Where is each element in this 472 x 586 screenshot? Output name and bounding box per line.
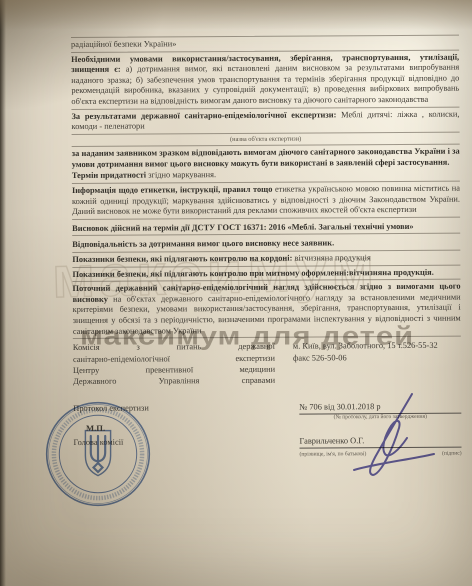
paragraph: Поточний державний санітарно-епідеміолог… xyxy=(73,282,461,339)
paragraph: Інформація щодо етикетки, інструкції, пр… xyxy=(72,184,460,220)
address-line: факс 526-50-06 xyxy=(293,351,461,363)
paragraph: (назва об'єкта експертизи) xyxy=(72,134,460,147)
paragraph: Показники безпеки, які підлягають контро… xyxy=(72,267,460,282)
address-line: м. Київ, вул. Заболотного, 15 т.526-55-3… xyxy=(293,340,461,352)
paragraph: Висновок дійсний на термін дії ДСТУ ГОСТ… xyxy=(72,221,460,236)
seal-place-mark: М.П. xyxy=(86,423,105,433)
commission-line: Комісія з питань державної xyxy=(73,341,275,354)
official-seal-stamp-icon xyxy=(44,400,152,508)
paragraph: Відповідальність за дотримання вимог цьо… xyxy=(72,238,460,253)
paragraph: за наданим заявником зразком відповідают… xyxy=(72,147,460,171)
commission-line: Державного Управління справами xyxy=(73,375,275,388)
document-paragraphs: радіаційної безпеки України»Необхідними … xyxy=(71,35,461,340)
paragraph: За результатами державної санітарно-епід… xyxy=(71,109,459,135)
paragraph: Необхідними умовами використання/застосу… xyxy=(71,52,459,109)
commission-block: Комісія з питань державної санітарно-епі… xyxy=(73,340,461,388)
paragraph: радіаційної безпеки України» xyxy=(71,35,459,53)
commission-address: м. Київ, вул. Заболотного, 15 т.526-55-3… xyxy=(293,340,461,387)
paragraph: Термін придатності згідно маркування. xyxy=(72,169,460,184)
document-photo: максимум радіаційної безпеки України»Нео… xyxy=(0,0,472,586)
paragraph: Показники безпеки, які підлягають контро… xyxy=(72,253,460,268)
commission-name: Комісія з питань державної санітарно-епі… xyxy=(73,341,275,388)
handwritten-signature-icon xyxy=(336,390,448,482)
